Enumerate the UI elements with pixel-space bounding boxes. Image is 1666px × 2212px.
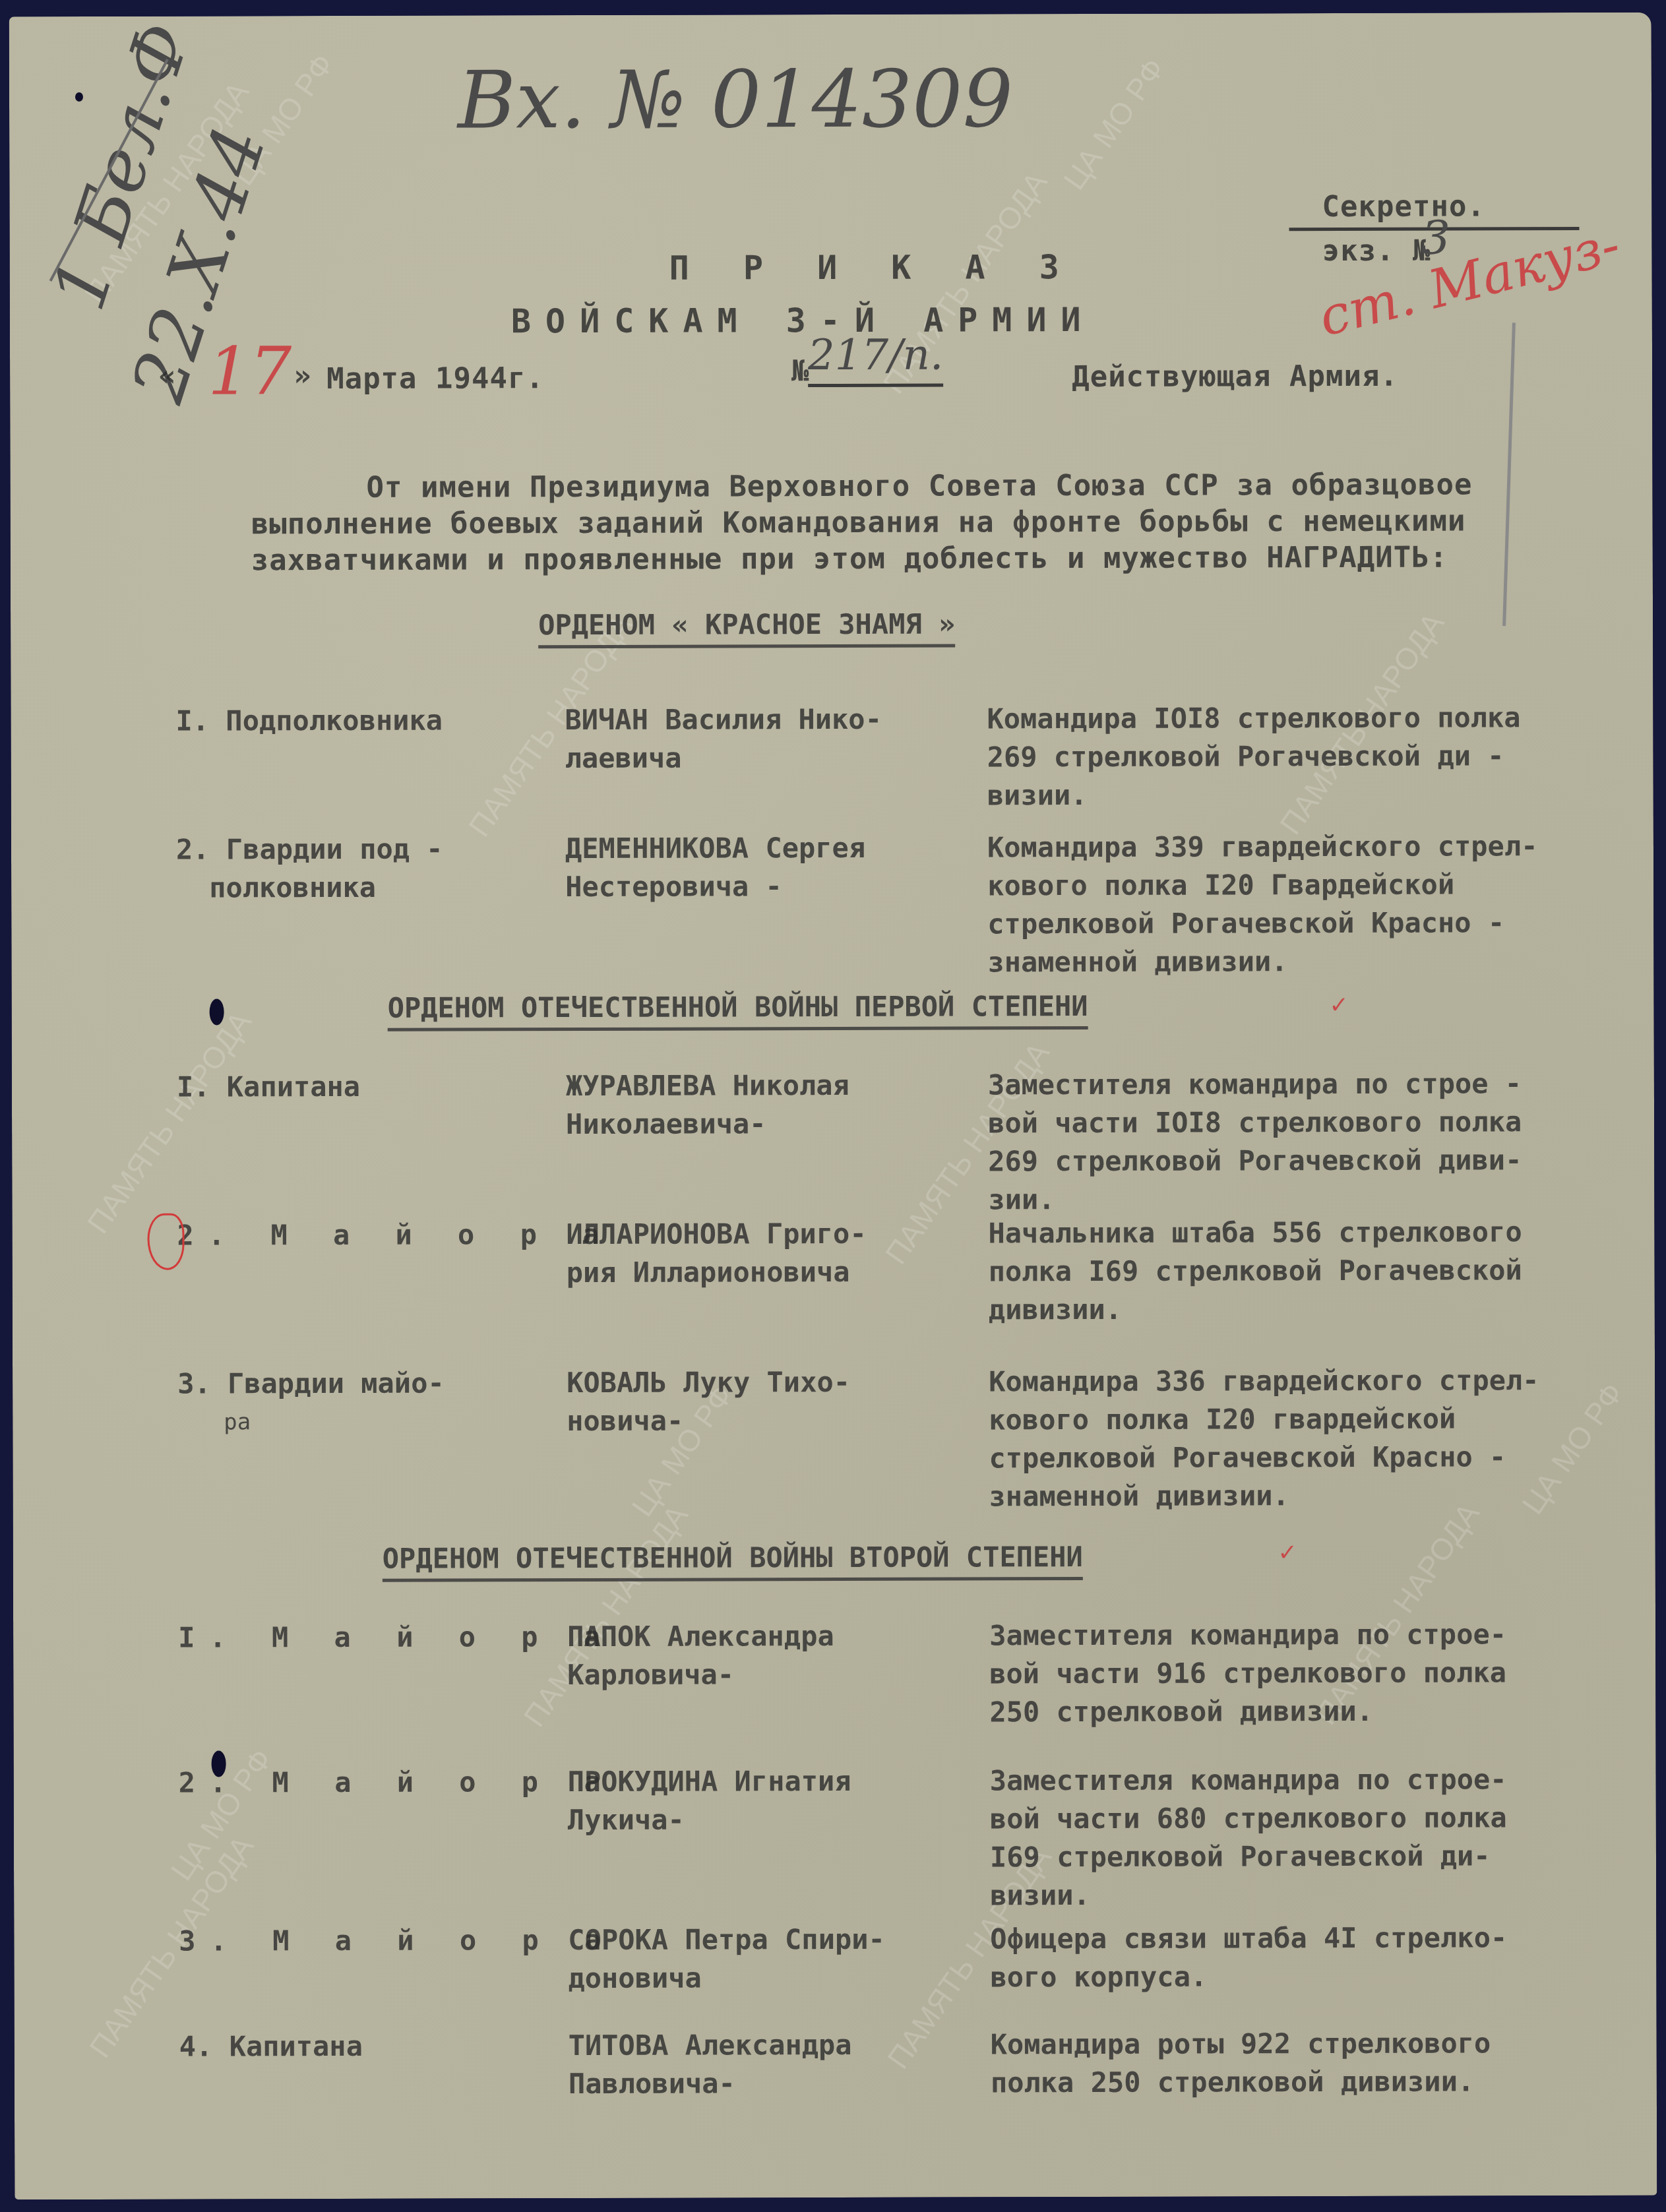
recipient-position: Заместителя командира по строе-вой части… [989, 1615, 1655, 1732]
date-day: 17 [208, 332, 292, 410]
red-check-icon: ✓ [1331, 989, 1347, 1020]
order-subtitle: ВОЙСКАМ 3-Й АРМИИ [511, 301, 1095, 340]
rank: I. Подполковника [175, 701, 545, 740]
order-number: 217/п. [808, 331, 944, 388]
recipient-name: ЖУРАВЛЕВА НиколаяНиколаевича- [566, 1066, 962, 1144]
recipient-position: Командира 339 гвардейского стрел-кового … [987, 827, 1654, 982]
recipient-name: КОВАЛЬ Луку Тихо-новича- [567, 1363, 962, 1440]
red-circle-mark [147, 1214, 184, 1270]
recipient-position: Начальника штаба 556 стрелковогополка I6… [988, 1213, 1654, 1330]
secret-label: Секретно. [1322, 189, 1485, 224]
recipient-position: Офицера связи штаба 4I стрелко-вого корп… [990, 1919, 1656, 1997]
rank: I. М а й о р а [178, 1618, 547, 1657]
award-entry: I. Подполковника ВИЧАН Василия Нико-лаев… [175, 698, 1646, 702]
rank: 3. М а й о р а [179, 1921, 548, 1960]
watermark: ПАМЯТЬ НАРОДА [516, 1498, 695, 1733]
date-quote-open: « [158, 359, 177, 393]
rank: 2. Гвардии под -полковника [176, 830, 545, 907]
watermark: ЦА МО РФ [1056, 51, 1171, 196]
recipient-position: Командира роты 922 стрелковогополка 250 … [991, 2024, 1657, 2103]
preamble-line: захватчиками и проявленные при этом добл… [251, 541, 1448, 578]
date-quote-close: » [293, 359, 312, 392]
order-title: П Р И К А З [669, 248, 1076, 288]
section-title-red-banner: ОРДЕНОМ « КРАСНОЕ ЗНАМЯ » [538, 608, 955, 649]
rank: 4. Капитана [179, 2027, 549, 2066]
recipient-position: Заместителя командира по строе-вой части… [990, 1760, 1657, 1915]
recipient-position: Командира 336 гвардейского стрел-кового … [989, 1361, 1655, 1516]
rank: I. Капитана [177, 1067, 546, 1106]
incoming-number: Вх. № 014309 [458, 53, 1013, 146]
preamble-line: выполнение боевых заданий Командования н… [251, 504, 1466, 541]
place-label: Действующая Армия. [1072, 359, 1398, 394]
recipient-name: ВИЧАН Василия Нико-лаевича [565, 700, 960, 778]
rank: 3. Гвардии майо-ра [177, 1364, 547, 1441]
rank: 2. М а й о р а [179, 1763, 548, 1802]
recipient-name: ТИТОВА АлександраПавловича- [569, 2025, 964, 2103]
recipient-name: ПРОКУДИНА ИгнатияЛукича- [568, 1762, 964, 1839]
watermark: ПАМЯТЬ НАРОДА [80, 1005, 259, 1240]
award-entry: I. Капитана ЖУРАВЛЕВА НиколаяНиколаевича… [177, 1064, 1648, 1068]
award-entry: 3. М а й о р а СОРОКА Петра Спири-донови… [179, 1919, 1650, 1922]
recipient-name: ДЕМЕННИКОВА СергеяНестеровича - [565, 828, 961, 906]
award-entry: I. М а й о р а ПАПОК АлександраКарловича… [178, 1615, 1649, 1619]
award-entry: 2. М а й о р а ПРОКУДИНА ИгнатияЛукича- … [179, 1760, 1650, 1764]
section-title-patriotic-war-2nd: ОРДЕНОМ ОТЕЧЕСТВЕННОЙ ВОЙНЫ ВТОРОЙ СТЕПЕ… [383, 1541, 1083, 1582]
recipient-name: ПАПОК АлександраКарловича- [567, 1616, 963, 1694]
document-page: ПАМЯТЬ НАРОДА ЦА МО РФ ПАМЯТЬ НАРОДА ЦА … [9, 13, 1657, 2200]
recipient-position: Заместителя командира по строе -вой част… [988, 1064, 1655, 1219]
section-title-patriotic-war-1st: ОРДЕНОМ ОТЕЧЕСТВЕННОЙ ВОЙНЫ ПЕРВОЙ СТЕПЕ… [388, 990, 1088, 1031]
recipient-name: ИЛЛАРИОНОВА Григо-рия Илларионовича [566, 1214, 962, 1292]
red-check-icon: ✓ [1280, 1537, 1295, 1567]
punch-hole [210, 998, 224, 1025]
number-prefix: № [791, 354, 810, 388]
rank: 2. М а й о р а [177, 1215, 546, 1254]
award-entry: 2. Гвардии под -полковника ДЕМЕННИКОВА С… [176, 827, 1647, 831]
pencil-mark [1502, 323, 1516, 626]
order-date: Марта 1944г. [326, 361, 544, 396]
preamble-line: От имени Президиума Верховного Совета Со… [366, 468, 1472, 504]
recipient-name: СОРОКА Петра Спири-доновича [568, 1920, 964, 1998]
recipient-position: Командира IOI8 стрелкового полка269 стре… [987, 698, 1653, 815]
award-entry: 3. Гвардии майо-ра КОВАЛЬ Луку Тихо-нови… [177, 1361, 1648, 1365]
punch-hole [75, 92, 83, 102]
